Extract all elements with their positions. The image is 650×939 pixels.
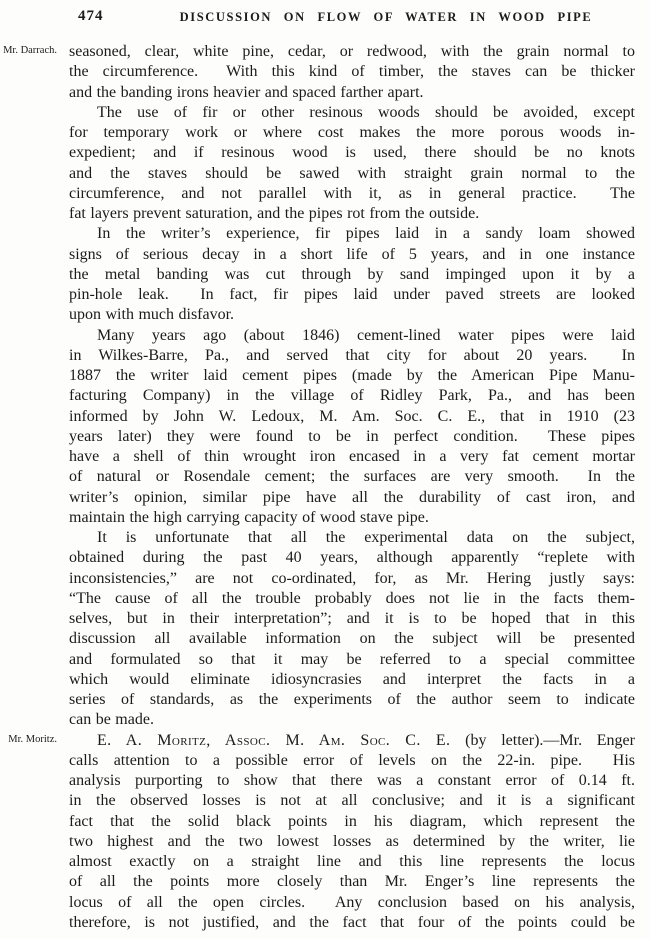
text-line: discussion all available information on … bbox=[69, 629, 635, 649]
text-line: selves, but in their interpretation”; an… bbox=[69, 609, 635, 629]
text-line: and the banding irons heavier and spaced… bbox=[69, 83, 635, 103]
text-line: analysis purporting to show that there w… bbox=[69, 771, 635, 791]
paragraph: Mr. Darrach.seasoned, clear, white pine,… bbox=[69, 42, 635, 103]
text-line: E. A. Moritz, Assoc. M. Am. Soc. C. E. (… bbox=[69, 731, 635, 751]
page-number: 474 bbox=[78, 8, 104, 25]
text-line: maintain the high carrying capacity of w… bbox=[69, 508, 635, 528]
paragraph: It is unfortunate that all the experimen… bbox=[69, 528, 635, 731]
margin-note: Mr. Moritz. bbox=[3, 734, 57, 747]
running-head: 474 DISCUSSION ON FLOW OF WATER IN WOOD … bbox=[0, 6, 650, 28]
text-line: and formulated so that it may be referre… bbox=[69, 650, 635, 670]
text-line: fact that the solid black points in his … bbox=[69, 812, 635, 832]
book-page: 474 DISCUSSION ON FLOW OF WATER IN WOOD … bbox=[0, 0, 650, 939]
text-line: informed by John W. Ledoux, M. Am. Soc. … bbox=[69, 407, 635, 427]
text-line: can be made. bbox=[69, 710, 635, 730]
text-line: “The cause of all the trouble probably d… bbox=[69, 589, 635, 609]
text-line: obtained during the past 40 years, altho… bbox=[69, 548, 635, 568]
paragraph: Mr. Moritz.E. A. Moritz, Assoc. M. Am. S… bbox=[69, 731, 635, 934]
speaker-name: E. A. Moritz, Assoc. M. Am. Soc. C. E. bbox=[97, 732, 450, 749]
text-line: signs of serious decay in a short life o… bbox=[69, 245, 635, 265]
running-header-title: DISCUSSION ON FLOW OF WATER IN WOOD PIPE bbox=[180, 10, 593, 25]
text-line: for temporary work or where cost makes t… bbox=[69, 123, 635, 143]
text-line: of natural or Rosendale cement; the surf… bbox=[69, 467, 635, 487]
text-line: two highest and the two lowest losses as… bbox=[69, 832, 635, 852]
text-line: in Wilkes-Barre, Pa., and served that ci… bbox=[69, 346, 635, 366]
text-line: therefore, is not justified, and the fac… bbox=[69, 913, 635, 933]
text-line: the metal banding was cut through by san… bbox=[69, 265, 635, 285]
paragraph: The use of fir or other resinous woods s… bbox=[69, 103, 635, 225]
text-line: facturing Company) in the village of Rid… bbox=[69, 386, 635, 406]
text-column: Mr. Darrach.seasoned, clear, white pine,… bbox=[69, 42, 635, 933]
text-line: It is unfortunate that all the experimen… bbox=[69, 528, 635, 548]
text-line: of all the points more closely than Mr. … bbox=[69, 872, 635, 892]
text-line: Many years ago (about 1846) cement-lined… bbox=[69, 326, 635, 346]
text-line: have a shell of thin wrought iron encase… bbox=[69, 447, 635, 467]
text-line: upon with much disfavor. bbox=[69, 305, 635, 325]
text-line: in the observed losses is not at all con… bbox=[69, 791, 635, 811]
text-line: locus of all the open circles. Any concl… bbox=[69, 893, 635, 913]
text-line: fat layers prevent saturation, and the p… bbox=[69, 204, 635, 224]
text-line: expedient; and if resinous wood is used,… bbox=[69, 143, 635, 163]
text-line: which would eliminate idiosyncrasies and… bbox=[69, 670, 635, 690]
text-line: the circumference. With this kind of tim… bbox=[69, 62, 635, 82]
paragraph: Many years ago (about 1846) cement-lined… bbox=[69, 326, 635, 529]
text-line: seasoned, clear, white pine, cedar, or r… bbox=[69, 42, 635, 62]
text-line: In the writer’s experience, fir pipes la… bbox=[69, 224, 635, 244]
text-line: calls attention to a possible error of l… bbox=[69, 751, 635, 771]
text-line: inconsistencies,” are not co-ordinated, … bbox=[69, 569, 635, 589]
text-line: and the staves should be sawed with stra… bbox=[69, 164, 635, 184]
text-line: circumference, and not parallel with it,… bbox=[69, 184, 635, 204]
text-line: 1887 the writer laid cement pipes (made … bbox=[69, 366, 635, 386]
text-line: years later) they were found to be in pe… bbox=[69, 427, 635, 447]
text-line: The use of fir or other resinous woods s… bbox=[69, 103, 635, 123]
text-line: almost exactly on a straight line and th… bbox=[69, 852, 635, 872]
text-line: pin-hole leak. In fact, fir pipes laid u… bbox=[69, 285, 635, 305]
text-line: series of standards, as the experiments … bbox=[69, 690, 635, 710]
margin-note: Mr. Darrach. bbox=[3, 45, 57, 58]
text-line: writer’s opinion, similar pipe have all … bbox=[69, 488, 635, 508]
paragraph: In the writer’s experience, fir pipes la… bbox=[69, 224, 635, 325]
